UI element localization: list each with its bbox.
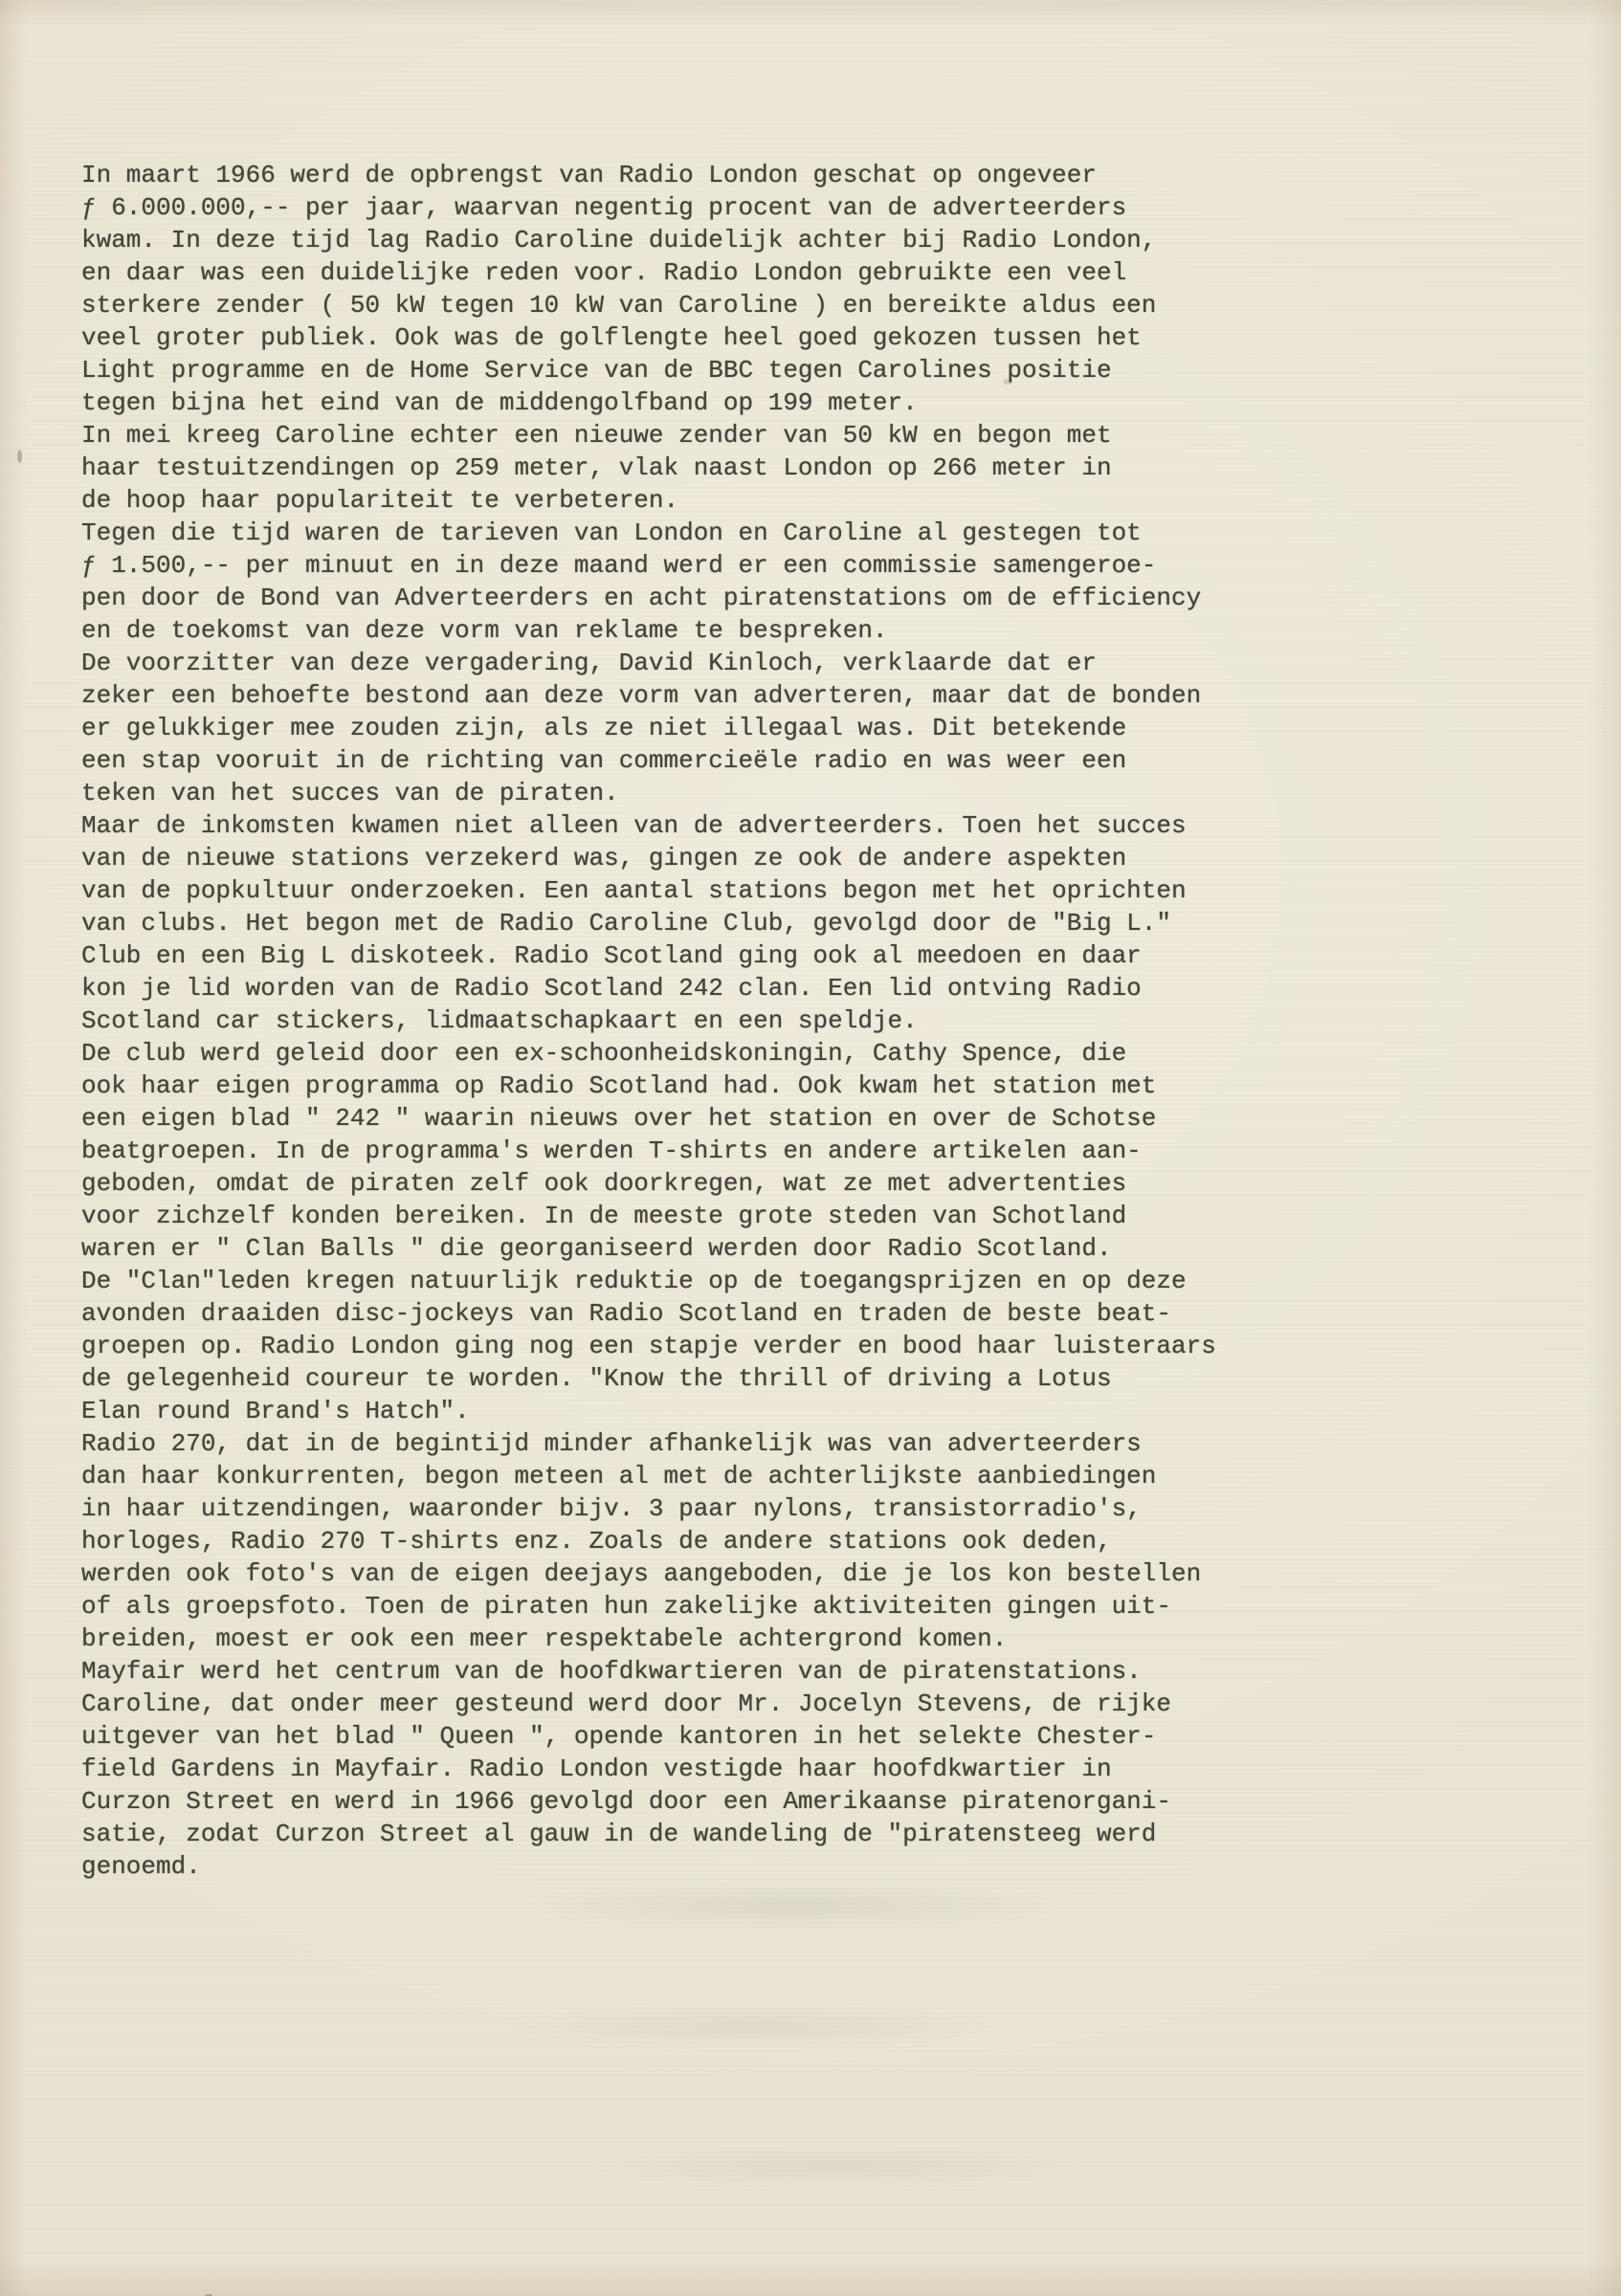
text-line: Light programme en de Home Service van d…: [81, 354, 1216, 386]
text-line: De "Clan"leden kregen natuurlijk redukti…: [81, 1265, 1216, 1297]
text-line: Maar de inkomsten kwamen niet alleen van…: [81, 809, 1216, 842]
text-line: de gelegenheid coureur te worden. "Know …: [81, 1362, 1216, 1395]
text-line: Mayfair werd het centrum van de hoofdkwa…: [81, 1655, 1216, 1688]
text-line: field Gardens in Mayfair. Radio London v…: [81, 1753, 1216, 1785]
text-line: satie, zodat Curzon Street al gauw in de…: [81, 1818, 1216, 1850]
text-line: de hoop haar populariteit te verbeteren.: [81, 484, 1216, 517]
text-line: ƒ 6.000.000,-- per jaar, waarvan negenti…: [81, 191, 1216, 224]
text-line: waren er " Clan Balls " die georganiseer…: [81, 1232, 1216, 1265]
text-line: teken van het succes van de piraten.: [81, 777, 1216, 809]
text-line: haar testuitzendingen op 259 meter, vlak…: [81, 452, 1216, 484]
text-line: een stap vooruit in de richting van comm…: [81, 744, 1216, 777]
text-line: groepen op. Radio London ging nog een st…: [81, 1330, 1216, 1362]
text-line: van clubs. Het begon met de Radio Caroli…: [81, 907, 1216, 939]
text-line: pen door de Bond van Adverteerders en ac…: [81, 582, 1216, 614]
text-line: sterkere zender ( 50 kW tegen 10 kW van …: [81, 289, 1216, 321]
text-line: en daar was een duidelijke reden voor. R…: [81, 256, 1216, 289]
paper-speck: [17, 450, 22, 463]
text-line: tegen bijna het eind van de middengolfba…: [81, 386, 1216, 419]
text-line: kon je lid worden van de Radio Scotland …: [81, 972, 1216, 1004]
text-line: Tegen die tijd waren de tarieven van Lon…: [81, 517, 1216, 549]
text-line: avonden draaiden disc-jockeys van Radio …: [81, 1297, 1216, 1330]
text-line: Elan round Brand's Hatch".: [81, 1395, 1216, 1427]
text-line: veel groter publiek. Ook was de golfleng…: [81, 321, 1216, 354]
text-line: genoemd.: [81, 1850, 1216, 1883]
text-line: er gelukkiger mee zouden zijn, als ze ni…: [81, 712, 1216, 744]
text-line: een eigen blad " 242 " waarin nieuws ove…: [81, 1102, 1216, 1135]
text-line: zeker een behoefte bestond aan deze vorm…: [81, 679, 1216, 712]
text-line: beatgroepen. In de programma's werden T-…: [81, 1135, 1216, 1167]
text-line: en de toekomst van deze vorm van reklame…: [81, 614, 1216, 647]
text-line: werden ook foto's van de eigen deejays a…: [81, 1557, 1216, 1590]
text-line: De voorzitter van deze vergadering, Davi…: [81, 647, 1216, 679]
text-line: van de popkultuur onderzoeken. Een aanta…: [81, 874, 1216, 907]
text-line: Scotland car stickers, lidmaatschapkaart…: [81, 1004, 1216, 1037]
text-line: in haar uitzendingen, waaronder bijv. 3 …: [81, 1492, 1216, 1525]
scanned-page: In maart 1966 werd de opbrengst van Radi…: [0, 0, 1621, 2296]
text-line: Radio 270, dat in de begintijd minder af…: [81, 1427, 1216, 1460]
text-line: De club werd geleid door een ex-schoonhe…: [81, 1037, 1216, 1070]
text-line: In maart 1966 werd de opbrengst van Radi…: [81, 159, 1216, 191]
typewritten-text: In maart 1966 werd de opbrengst van Radi…: [81, 159, 1216, 1883]
text-line: Curzon Street en werd in 1966 gevolgd do…: [81, 1785, 1216, 1818]
text-line: Caroline, dat onder meer gesteund werd d…: [81, 1688, 1216, 1720]
text-line: Club en een Big L diskoteek. Radio Scotl…: [81, 939, 1216, 972]
text-line: In mei kreeg Caroline echter een nieuwe …: [81, 419, 1216, 452]
text-line: ƒ 1.500,-- per minuut en in deze maand w…: [81, 549, 1216, 582]
text-line: uitgever van het blad " Queen ", opende …: [81, 1720, 1216, 1753]
text-line: dan haar konkurrenten, begon meteen al m…: [81, 1460, 1216, 1492]
text-line: kwam. In deze tijd lag Radio Caroline du…: [81, 224, 1216, 256]
text-line: horloges, Radio 270 T-shirts enz. Zoals …: [81, 1525, 1216, 1557]
bleed-through-smudge: [364, 1865, 1225, 2267]
text-line: breiden, moest er ook een meer respektab…: [81, 1623, 1216, 1655]
text-line: van de nieuwe stations verzekerd was, gi…: [81, 842, 1216, 874]
text-line: voor zichzelf konden bereiken. In de mee…: [81, 1200, 1216, 1232]
text-line: geboden, omdat de piraten zelf ook doork…: [81, 1167, 1216, 1200]
text-line: of als groepsfoto. Toen de piraten hun z…: [81, 1590, 1216, 1623]
text-line: ook haar eigen programma op Radio Scotla…: [81, 1070, 1216, 1102]
